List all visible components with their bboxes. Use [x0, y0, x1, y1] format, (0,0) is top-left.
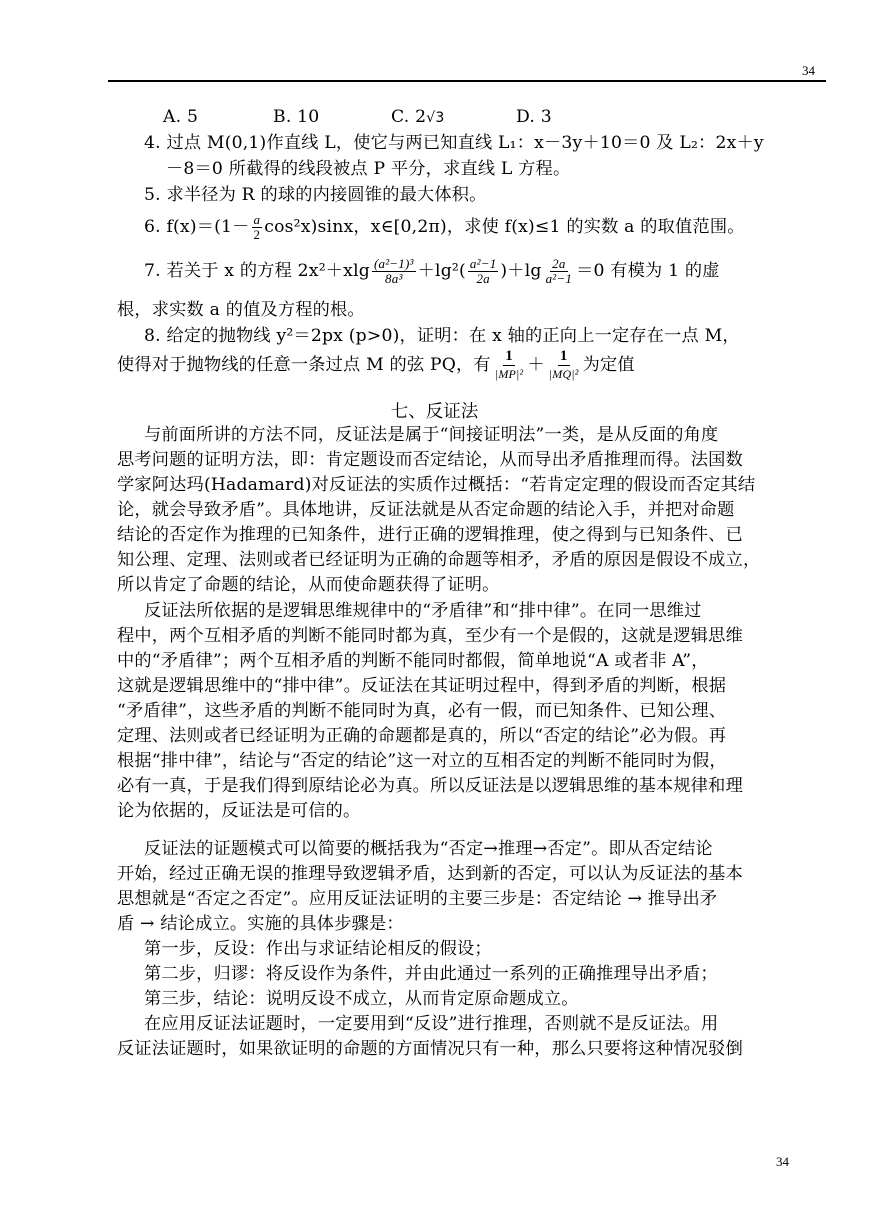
option-c: C. 2√3 — [391, 106, 516, 129]
para1-line: 知公理、定理、法则或者已经证明为正确的命题等相矛，矛盾的原因是假设不成立， — [117, 549, 829, 571]
para2-line: “矛盾律”，这些矛盾的判断不能同时为真，必有一假，而已知条件、已知公理、 — [117, 700, 829, 722]
section-title: 七、反证法 — [0, 398, 869, 423]
para5-line: 在应用反证法证题时，一定要用到“反设”进行推理，否则就不是反证法。用 — [144, 1013, 856, 1035]
q7-line1: 7. 若关于 x 的方程 2x²＋xlg(a²−1)³8a³＋lg²(a²−12… — [144, 254, 856, 288]
header-page-number: 34 — [802, 63, 815, 79]
q8-line1: 8. 给定的抛物线 y²＝2px (p>0)，证明：在 x 轴的正向上一定存在一… — [144, 325, 856, 347]
para3-line: 开始，经过正确无误的推理导致逻辑矛盾，达到新的否定，可以认为反证法的基本 — [117, 863, 829, 885]
q7-frac3: 2aa²−1 — [544, 257, 574, 286]
q7-frac2-num: a²−1 — [468, 257, 498, 272]
para1-line: 所以肯定了命题的结论，从而使命题获得了证明。 — [117, 574, 829, 596]
para2-line: 定理、法则或者已经证明为正确的命题都是真的，所以“否定的结论”必为假。再 — [117, 725, 829, 747]
para1-line: 论，就会导致矛盾”。具体地讲，反证法就是从否定命题的结论入手，并把对命题 — [117, 499, 829, 521]
q8-frac2-den: |MQ|² — [547, 366, 581, 383]
q8-plus: ＋ — [527, 355, 544, 375]
q8-suffix: 为定值 — [583, 355, 635, 375]
q5: 5. 求半径为 R 的球的内接圆锥的最大体积。 — [144, 184, 856, 206]
q8-frac2-num: 1 — [558, 348, 570, 366]
q8-frac2: 1|MQ|² — [547, 348, 581, 383]
q7-frac1-num: (a²−1)³ — [372, 257, 416, 272]
para3-line: 反证法的证题模式可以简要的概括我为“否定→推理→否定”。即从否定结论 — [144, 838, 856, 860]
q4-line2: －8＝0 所截得的线段被点 P 平分，求直线 L 方程。 — [166, 158, 869, 180]
q7-frac1-den: 8a³ — [383, 272, 405, 286]
para3-line: 思想就是“否定之否定”。应用反证法证明的主要三步是：否定结论 → 推导出矛 — [117, 888, 829, 910]
sqrt-symbol: √3 — [426, 110, 444, 126]
q8-frac1-den: |MP|² — [493, 366, 526, 383]
step-3: 第三步，结论：说明反设不成立，从而肯定原命题成立。 — [144, 988, 856, 1010]
para5-line: 反证法证题时，如果欲证明的命题的方面情况只有一种，那么只要将这种情况驳倒 — [117, 1038, 829, 1060]
q7-frac3-den: a²−1 — [544, 272, 574, 286]
footer-page-number: 34 — [776, 1154, 789, 1170]
q8-frac1: 1|MP|² — [493, 348, 526, 383]
para1-line: 与前面所讲的方法不同，反证法是属于“间接证明法”一类，是从反面的角度 — [144, 424, 829, 446]
para1-line: 思考问题的证明方法，即：肯定题设而否定结论，从而导出矛盾推理而得。法国数 — [117, 449, 829, 471]
option-b: B. 10 — [273, 106, 391, 128]
para2-line: 必有一真，于是我们得到原结论必为真。所以反证法是以逻辑思维的基本规律和理 — [117, 775, 829, 797]
q7-frac3-num: 2a — [550, 257, 567, 272]
q6: 6. f(x)＝(1－a2cos²x)sinx，x∈[0,2π)，求使 f(x)… — [144, 212, 856, 242]
para1-line: 学家阿达玛(Hadamard)对反证法的实质作过概括：“若肯定定理的假设而否定其… — [117, 474, 829, 496]
q7-frac1: (a²−1)³8a³ — [372, 257, 416, 286]
q8-frac1-num: 1 — [503, 348, 515, 366]
q6-fraction: a2 — [252, 213, 263, 242]
q7-frac2-den: 2a — [474, 272, 491, 286]
para2-line: 反证法所依据的是逻辑思维规律中的“矛盾律”和“排中律”。在同一思维过 — [144, 600, 856, 622]
para2-line: 根据“排中律”，结论与“否定的结论”这一对立的互相否定的判断不能同时为假， — [117, 750, 829, 772]
q7-suffix: ＝0 有模为 1 的虚 — [576, 261, 720, 281]
q7-mid1: ＋lg²( — [418, 261, 466, 281]
q8-prefix: 使得对于抛物线的任意一条过点 M 的弦 PQ，有 — [117, 355, 491, 375]
q8-line2: 使得对于抛物线的任意一条过点 M 的弦 PQ，有1|MP|²＋1|MQ|²为定值 — [117, 348, 829, 383]
q6-frac-num: a — [252, 213, 263, 228]
para3-line: 盾 → 结论成立。实施的具体步骤是： — [117, 913, 829, 935]
para2-line: 这就是逻辑思维中的“排中律”。反证法在其证明过程中，得到矛盾的判断，根据 — [117, 675, 829, 697]
q4-line1: 4. 过点 M(0,1)作直线 L，使它与两已知直线 L₁：x－3y＋10＝0 … — [144, 132, 856, 154]
para1-line: 结论的否定作为推理的已知条件，进行正确的逻辑推理，使之得到与已知条件、已 — [117, 524, 829, 546]
para2-line: 论为依据的，反证法是可信的。 — [117, 800, 829, 822]
q7-frac2: a²−12a — [468, 257, 498, 286]
q6-frac-den: 2 — [252, 228, 263, 242]
q7-prefix: 7. 若关于 x 的方程 2x²＋xlg — [144, 261, 370, 281]
q7-line2: 根，求实数 a 的值及方程的根。 — [117, 299, 829, 321]
q6-suffix: cos²x)sinx，x∈[0,2π)，求使 f(x)≤1 的实数 a 的取值范… — [264, 217, 744, 237]
para2-line: 中的“矛盾律”；两个互相矛盾的判断不能同时都假，简单地说“A 或者非 A”， — [117, 650, 829, 672]
option-c-coef: C. 2 — [391, 107, 426, 127]
header-rule — [108, 80, 826, 82]
option-a: A. 5 — [163, 106, 273, 128]
q6-prefix: 6. f(x)＝(1－ — [144, 217, 250, 237]
step-1: 第一步，反设：作出与求证结论相反的假设； — [144, 938, 856, 960]
answer-options: A. 5B. 10C. 2√3D. 3 — [163, 106, 869, 129]
q7-mid2: )＋lg — [500, 261, 541, 281]
option-d: D. 3 — [516, 106, 552, 128]
step-2: 第二步，归谬：将反设作为条件，并由此通过一系列的正确推理导出矛盾； — [144, 963, 856, 985]
para2-line: 程中，两个互相矛盾的判断不能同时都为真，至少有一个是假的，这就是逻辑思维 — [117, 625, 829, 647]
